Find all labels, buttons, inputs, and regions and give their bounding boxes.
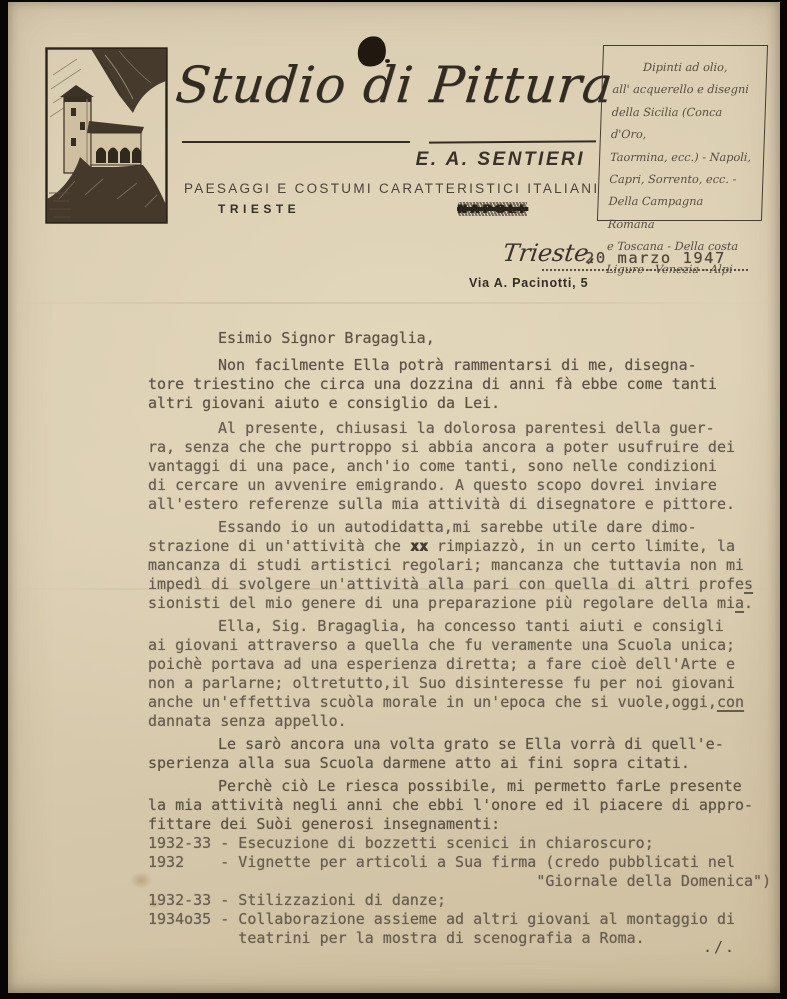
letter-paper: Studio di Pittura E. A. SENTIERI PAESAGG… bbox=[8, 2, 780, 993]
letterhead-city: TRIESTE bbox=[218, 202, 300, 216]
services-box: Dipinti ad olio,all' acquerello e disegn… bbox=[597, 45, 768, 221]
dateline-place: Trieste, bbox=[501, 239, 598, 267]
letter-body: Esimio Signor Bragaglia,Non facilmente E… bbox=[148, 329, 776, 948]
dateline-typed-date: 20 marzo 1947 bbox=[585, 249, 726, 267]
castle-on-cliff-etching-icon bbox=[45, 47, 168, 224]
paper-crease-top bbox=[8, 302, 780, 304]
title-underline bbox=[182, 141, 410, 143]
street-address: Via A. Pacinotti, 5 bbox=[469, 276, 588, 290]
letterhead-tagline: PAESAGGI E COSTUMI CARATTERISTICI ITALIA… bbox=[184, 181, 599, 196]
struck-out-city: NAPOLI bbox=[458, 202, 527, 216]
letter-paragraphs: Esimio Signor Bragaglia,Non facilmente E… bbox=[148, 329, 776, 834]
title-underline bbox=[429, 140, 596, 143]
studio-title: Studio di Pittura bbox=[173, 56, 616, 114]
letter-activity-list: 1932-33 - Esecuzione di bozzetti scenici… bbox=[148, 834, 776, 948]
continuation-mark: ./. bbox=[703, 938, 736, 956]
artist-name: E. A. SENTIERI bbox=[413, 149, 585, 171]
scanned-letter-page: { "letterhead": { "illustration": "castl… bbox=[0, 0, 787, 999]
